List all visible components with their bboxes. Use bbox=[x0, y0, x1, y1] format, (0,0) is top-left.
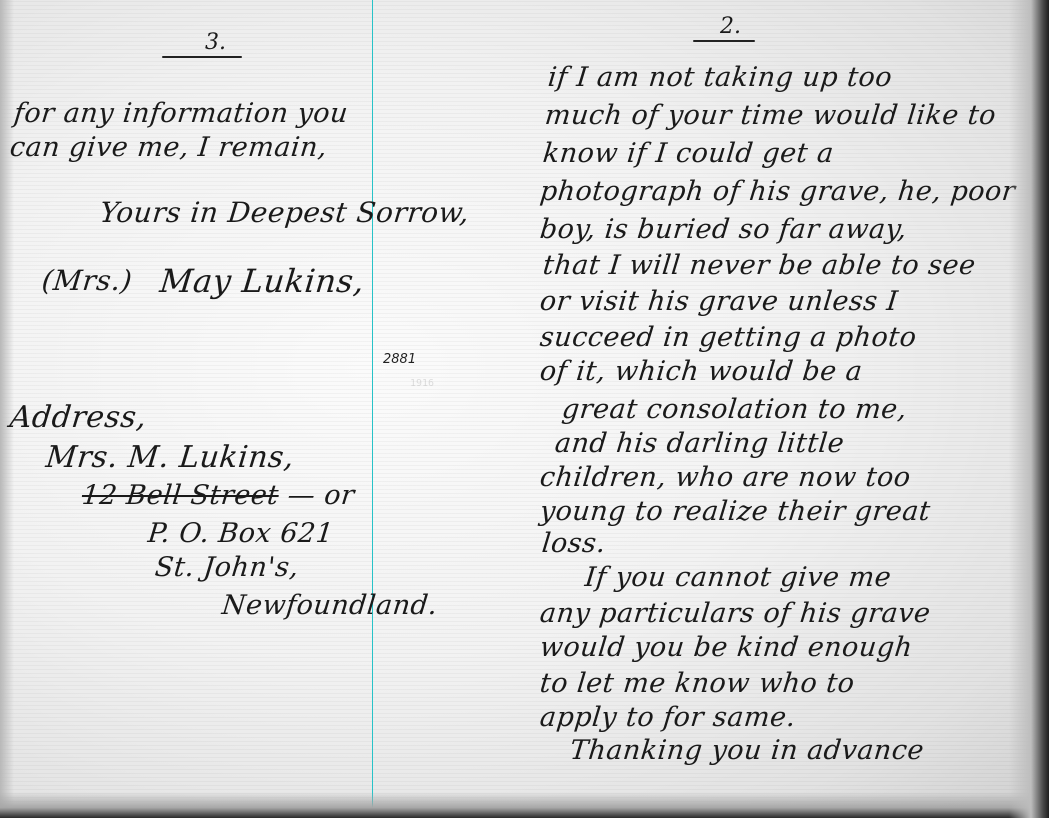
letter-line: that I will never be able to see bbox=[541, 250, 977, 281]
signature: May Lukins, bbox=[158, 262, 366, 300]
address-po-box: P. O. Box 621 bbox=[146, 518, 335, 549]
archive-number: 2881 bbox=[383, 352, 416, 367]
letter-line: young to realize their great bbox=[538, 496, 932, 527]
letter-line: Thanking you in advance bbox=[568, 735, 925, 766]
letter-line: great consolation to me, bbox=[560, 394, 908, 425]
address-city: St. John's, bbox=[153, 552, 300, 583]
letter-line: and his darling little bbox=[553, 428, 845, 459]
cyan-guide-line bbox=[372, 0, 373, 818]
page-number-underline bbox=[162, 56, 242, 58]
letter-line: photograph of his grave, he, poor bbox=[538, 176, 1017, 207]
closing-text: Yours in Deepest Sorrow, bbox=[98, 196, 471, 229]
address-street: 12 Bell Street — or bbox=[80, 480, 356, 511]
letter-line: If you cannot give me bbox=[583, 562, 892, 593]
letter-line: if I am not taking up too bbox=[546, 62, 893, 93]
address-street-struck: 12 Bell Street bbox=[80, 480, 280, 511]
letter-line: succeed in getting a photo bbox=[538, 322, 918, 353]
address-street-suffix: — or bbox=[286, 480, 356, 511]
page-number: 3. bbox=[205, 30, 226, 55]
letter-line: of it, which would be a bbox=[538, 356, 864, 387]
address-label: Address, bbox=[8, 400, 148, 435]
address-country: Newfoundland. bbox=[220, 590, 439, 621]
letter-line: children, who are now too bbox=[538, 462, 912, 493]
letter-line: loss. bbox=[540, 528, 607, 559]
letter-line: or visit his grave unless I bbox=[538, 286, 899, 317]
scan-bottom-edge bbox=[0, 792, 1049, 818]
page-number-underline bbox=[693, 40, 755, 42]
letter-line: any particulars of his grave bbox=[538, 598, 932, 629]
page-number: 2. bbox=[720, 14, 741, 39]
letter-line: apply to for same. bbox=[538, 702, 797, 733]
letter-line: know if I could get a bbox=[541, 138, 835, 169]
signature-prefix: (Mrs.) bbox=[40, 264, 134, 297]
address-name: Mrs. M. Lukins, bbox=[44, 440, 296, 475]
letter-line: would you be kind enough bbox=[538, 632, 914, 663]
letter-line: much of your time would like to bbox=[543, 100, 997, 131]
letter-line: for any information you bbox=[12, 98, 349, 129]
letter-line: boy, is buried so far away, bbox=[538, 214, 908, 245]
letter-line: to let me know who to bbox=[538, 668, 856, 699]
faint-stamp: 1916 bbox=[410, 378, 434, 389]
letter-line: can give me, I remain, bbox=[8, 132, 328, 163]
letter-scan: 3. for any information you can give me, … bbox=[0, 0, 1049, 818]
